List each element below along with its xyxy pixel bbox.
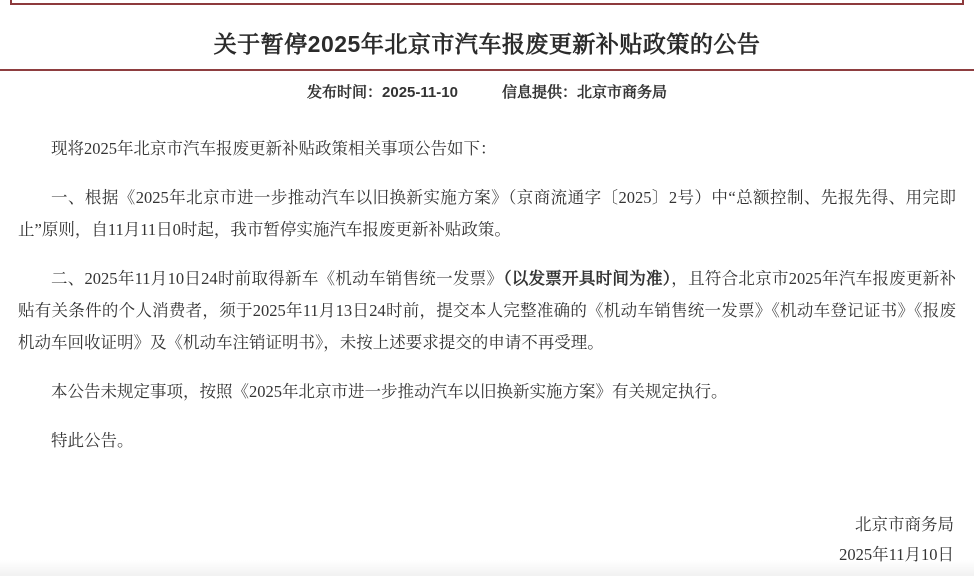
provider-value: 北京市商务局 [577,84,667,101]
paragraph-item-2: 二、2025年11月10日24时前取得新车《机动车销售统一发票》（以发票开具时间… [18,263,956,359]
paragraph-item-1: 一、根据《2025年北京市进一步推动汽车以旧换新实施方案》（京商流通字〔2025… [18,182,956,246]
publish-date-value: 2025-11-10 [382,84,458,101]
provider-label: 信息提供： [502,84,577,101]
signature-org: 北京市商务局 [839,510,954,540]
page-title: 关于暂停2025年北京市汽车报废更新补贴政策的公告 [0,26,974,59]
provider-item: 信息提供：北京市商务局 [502,84,667,101]
paragraph-intro: 现将2025年北京市汽车报废更新补贴政策相关事项公告如下： [18,133,956,165]
paragraph-item-2-pre: 二、2025年11月10日24时前取得新车《机动车销售统一发票》 [51,269,503,288]
title-divider-line [0,69,974,71]
bottom-page-shadow [0,560,974,576]
publish-date-item: 发布时间：2025-11-10 [307,84,458,101]
publish-date-label: 发布时间： [307,84,382,101]
paragraph-closing: 本公告未规定事项，按照《2025年北京市进一步推动汽车以旧换新实施方案》有关规定… [18,376,956,408]
meta-bar: 发布时间：2025-11-10信息提供：北京市商务局 [0,81,974,102]
paragraph-item-2-bold-note: （以发票开具时间为准） [503,269,671,288]
signature-date: 2025年11月10日 [839,540,954,570]
paragraph-hereby: 特此公告。 [18,425,956,457]
top-frame-border [10,0,964,5]
signature-block: 北京市商务局 2025年11月10日 [839,510,954,570]
announcement-body: 现将2025年北京市汽车报废更新补贴政策相关事项公告如下： 一、根据《2025年… [0,133,974,457]
